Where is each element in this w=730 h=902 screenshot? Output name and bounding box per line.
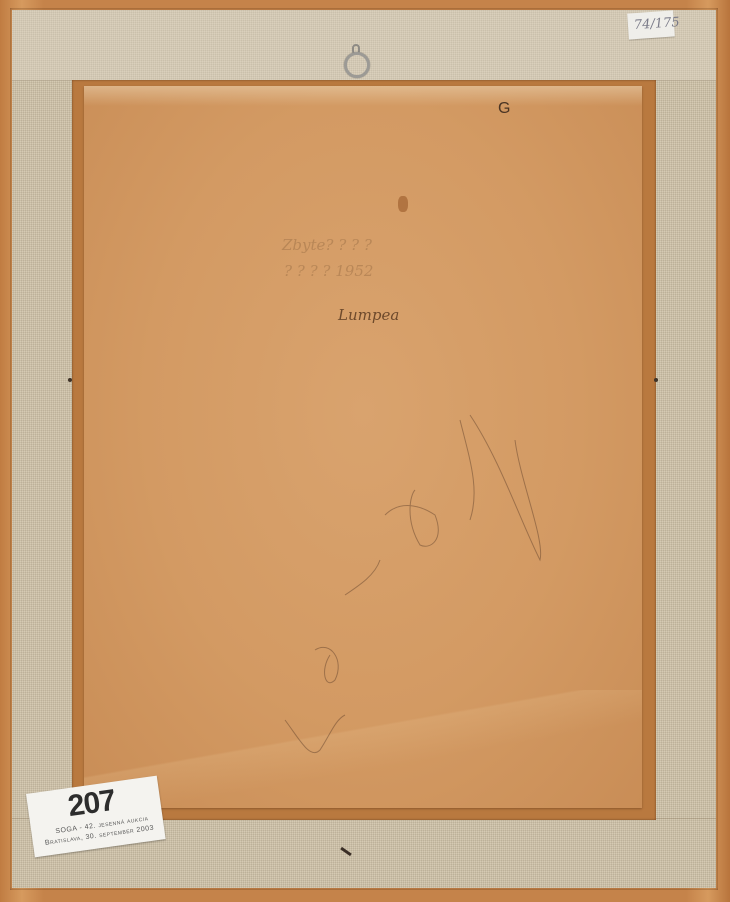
frame-tack <box>654 378 658 382</box>
lot-number: 207 <box>66 784 117 824</box>
frame-tack <box>68 378 72 382</box>
pencil-scribbles <box>0 0 730 902</box>
